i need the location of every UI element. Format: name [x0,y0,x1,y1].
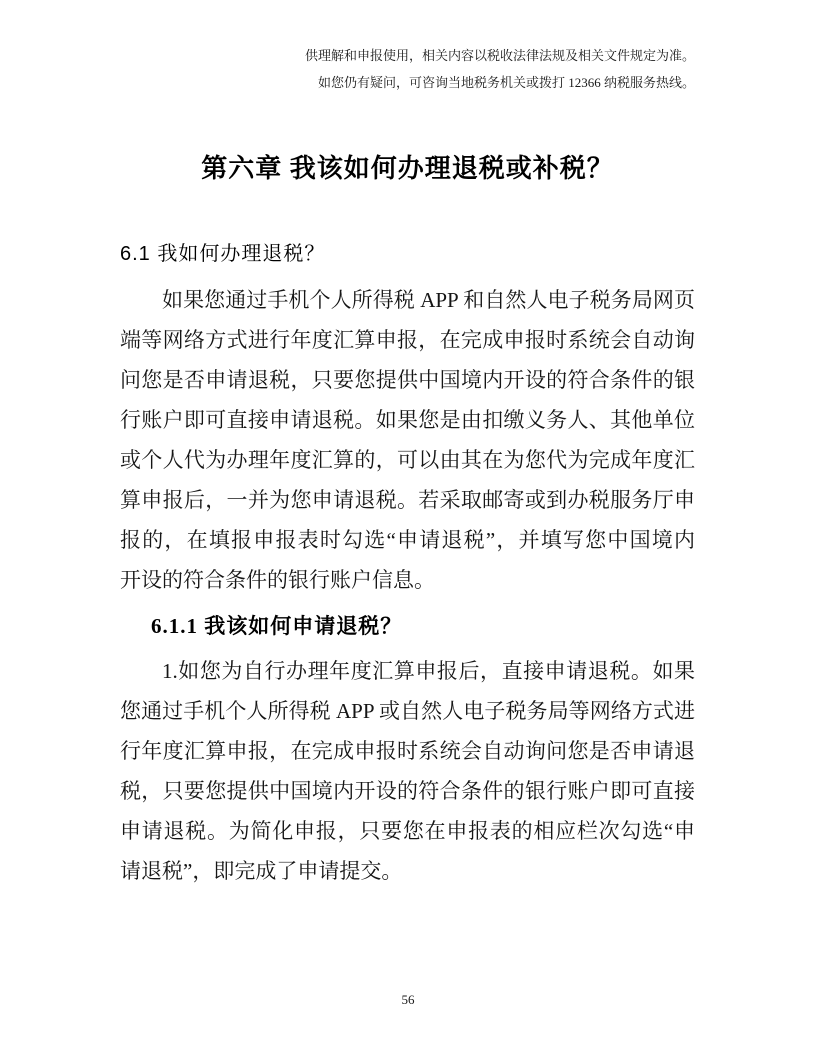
paragraph-line: 报的，在填报申报表时勾选“申请退税”，并填写您中国境内 [120,520,695,560]
paragraph-line: 开设的符合条件的银行账户信息。 [120,560,695,600]
section-6-1-heading: 6.1 我如何办理退税？ [120,241,695,267]
header-disclaimer-line-2: 如您仍有疑问，可咨询当地税务机关或拨打 12366 纳税服务热线。 [120,69,695,96]
paragraph-line: 您通过手机个人所得税 APP 或自然人电子税务局等网络方式进 [120,691,695,731]
chapter-title: 第六章 我该如何办理退税或补税？ [120,151,695,186]
page-header: 供理解和申报使用，相关内容以税收法律法规及相关文件规定为准。 如您仍有疑问，可咨… [120,42,695,96]
paragraph-line: 请退税”，即完成了申请提交。 [120,851,695,891]
paragraph-line: 行年度汇算申报，在完成申报时系统会自动询问您是否申请退 [120,731,695,771]
section-6-1-1-paragraph: 1.如您为自行办理年度汇算申报后，直接申请退税。如果 您通过手机个人所得税 AP… [120,651,695,891]
paragraph-line: 1.如您为自行办理年度汇算申报后，直接申请退税。如果 [120,651,695,691]
paragraph-line: 行账户即可直接申请退税。如果您是由扣缴义务人、其他单位 [120,400,695,440]
page-footer: 56 [0,992,816,1008]
page-number: 56 [402,992,415,1007]
document-page: 供理解和申报使用，相关内容以税收法律法规及相关文件规定为准。 如您仍有疑问，可咨… [0,0,816,1056]
paragraph-line: 申请退税。为简化申报，只要您在申报表的相应栏次勾选“申 [120,811,695,851]
paragraph-line: 或个人代为办理年度汇算的，可以由其在为您代为完成年度汇 [120,440,695,480]
section-6-1-1-heading: 6.1.1 我该如何申请退税？ [120,606,695,646]
paragraph-line: 如果您通过手机个人所得税 APP 和自然人电子税务局网页 [120,280,695,320]
paragraph-line: 问您是否申请退税，只要您提供中国境内开设的符合条件的银 [120,360,695,400]
paragraph-line: 算申报后，一并为您申请退税。若采取邮寄或到办税服务厅申 [120,480,695,520]
section-6-1-paragraph: 如果您通过手机个人所得税 APP 和自然人电子税务局网页 端等网络方式进行年度汇… [120,280,695,600]
header-disclaimer-line-1: 供理解和申报使用，相关内容以税收法律法规及相关文件规定为准。 [120,42,695,69]
paragraph-line: 税，只要您提供中国境内开设的符合条件的银行账户即可直接 [120,771,695,811]
paragraph-line: 端等网络方式进行年度汇算申报，在完成申报时系统会自动询 [120,320,695,360]
